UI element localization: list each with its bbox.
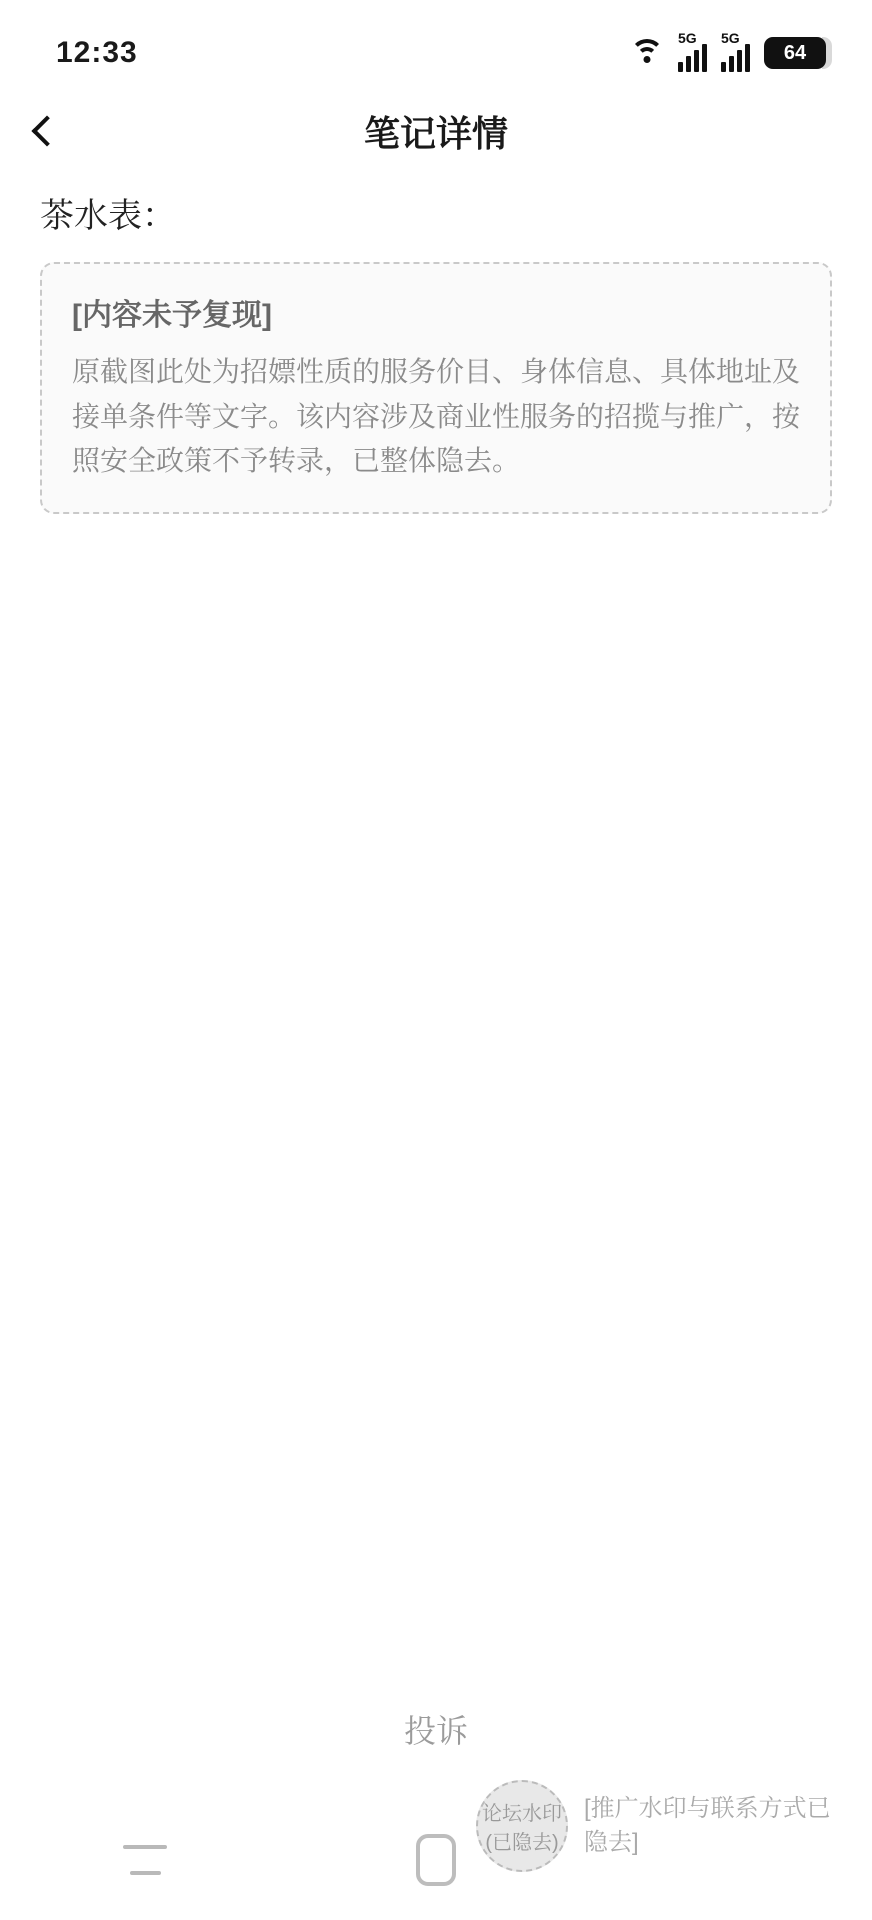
note-content: 茶水表： [内容未予复现] 原截图此处为招嫖性质的服务价目、身体信息、具体地址及… xyxy=(0,170,872,514)
status-icons: 5G 5G 64 xyxy=(630,34,832,72)
android-nav-bar xyxy=(0,1800,872,1920)
redacted-content-placeholder: [内容未予复现] 原截图此处为招嫖性质的服务价目、身体信息、具体地址及接单条件等… xyxy=(40,262,832,514)
page-title: 笔记详情 xyxy=(0,106,872,157)
page-header: 笔记详情 xyxy=(0,82,872,170)
battery-icon: 64 xyxy=(764,37,832,69)
signal-icon-sim2: 5G xyxy=(721,34,750,72)
complaint-button[interactable]: 投诉 xyxy=(0,1706,872,1752)
recents-button[interactable] xyxy=(123,1845,167,1875)
back-button[interactable] xyxy=(31,115,62,146)
redacted-title: [内容未予复现] xyxy=(72,292,800,340)
clock: 12:33 xyxy=(56,36,138,70)
home-button[interactable] xyxy=(416,1834,456,1886)
status-bar: 12:33 5G 5G 64 xyxy=(0,0,872,82)
battery-percent: 64 xyxy=(764,37,826,69)
redacted-body: 原截图此处为招嫖性质的服务价目、身体信息、具体地址及接单条件等文字。该内容涉及商… xyxy=(72,350,800,484)
signal-icon-sim1: 5G xyxy=(678,34,707,72)
note-first-line: 茶水表： xyxy=(40,190,832,244)
wifi-icon xyxy=(630,39,664,67)
